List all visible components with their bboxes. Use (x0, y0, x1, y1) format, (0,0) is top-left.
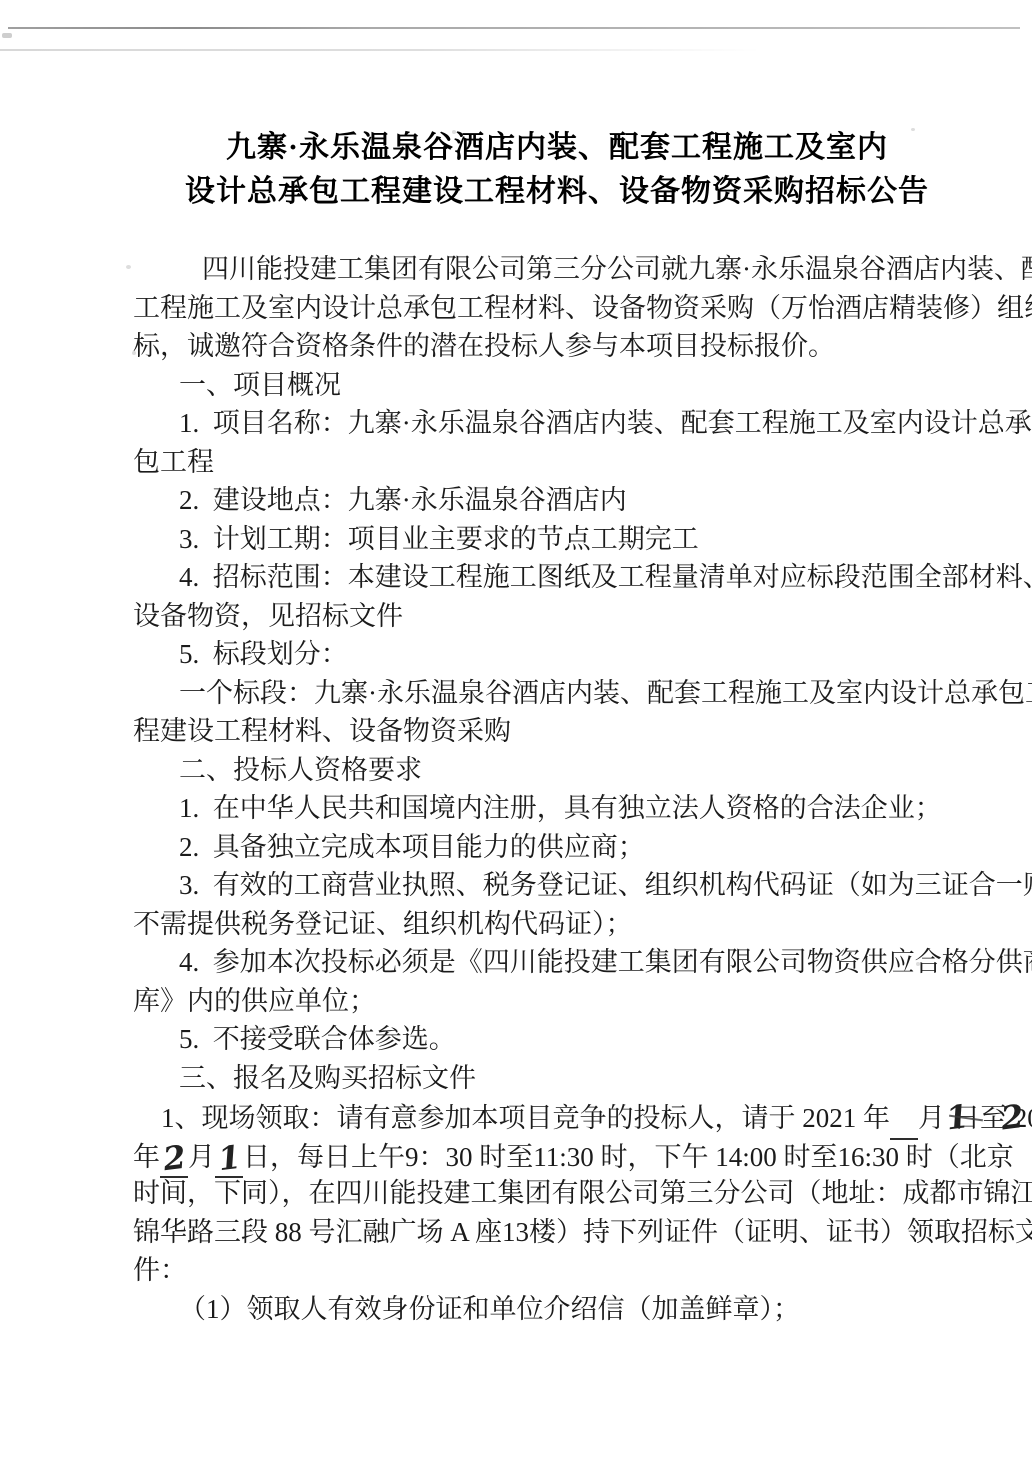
document-line: 4. 招标范围：本建设工程施工图纸及工程量清单对应标段范围全部材料、 (133, 558, 908, 597)
document-line: 工程施工及室内设计总承包工程材料、设备物资采购（万怡酒店精装修）组织招 (133, 289, 908, 328)
scan-top-edge-line-2 (0, 49, 760, 51)
text-run: 1. 在中华人民共和国境内注册，具有独立法人资格的合法企业； (179, 793, 942, 823)
handwritten-digit-slot: 2 (945, 1097, 965, 1138)
document-line: 2. 建设地点：九寨·永乐温泉谷酒店内 (133, 481, 908, 520)
document-line: 四川能投建工集团有限公司第三分公司就九寨·永乐温泉谷酒店内装、配套 (133, 250, 908, 289)
handwritten-digit-slot: 2 (160, 1136, 188, 1179)
document-line: 1. 项目名称：九寨·永乐温泉谷酒店内装、配套工程施工及室内设计总承 (133, 404, 908, 443)
text-run: 1. 项目名称：九寨·永乐温泉谷酒店内装、配套工程施工及室内设计总承 (179, 408, 1032, 438)
text-run: 二、投标人资格要求 (179, 755, 422, 785)
document-line: 5. 不接受联合体参选。 (133, 1020, 908, 1059)
document-line: 年2月1日，每日上午9：30 时至11:30 时，下午 14:00 时至16:3… (133, 1136, 908, 1175)
text-run: 月 (188, 1142, 215, 1172)
document-body: 四川能投建工集团有限公司第三分公司就九寨·永乐温泉谷酒店内装、配套工程施工及室内… (133, 250, 908, 1328)
title-line-1: 九寨·永乐温泉谷酒店内装、配套工程施工及室内 (173, 126, 941, 170)
text-run: 3. 计划工期：项目业主要求的节点工期完工 (179, 524, 699, 554)
document-line: 锦华路三段 88 号汇融广场 A 座13楼）持下列证件（证明、证书）领取招标文 (133, 1213, 908, 1252)
document-line: 件： (133, 1251, 908, 1290)
document-line: 4. 参加本次投标必须是《四川能投建工集团有限公司物资供应合格分供商 (133, 943, 908, 982)
text-run: 设备物资，见招标文件 (133, 601, 403, 631)
scanned-document-page: 九寨·永乐温泉谷酒店内装、配套工程施工及室内 设计总承包工程建设工程材料、设备物… (0, 0, 1032, 1458)
text-run: 3. 有效的工商营业执照、税务登记证、组织机构代码证（如为三证合一则 (179, 870, 1032, 900)
handwritten-digit: 1 (216, 1137, 243, 1178)
text-run: 1、现场领取：请有意参加本项目竞争的投标人，请于 2021 年 (161, 1103, 890, 1133)
text-run: 四川能投建工集团有限公司第三分公司就九寨·永乐温泉谷酒店内装、配套 (202, 254, 1032, 284)
text-run: 件： (133, 1255, 187, 1285)
document-line: （1）领取人有效身份证和单位介绍信（加盖鲜章）； (133, 1290, 908, 1329)
text-run: 一个标段：九寨·永乐温泉谷酒店内装、配套工程施工及室内设计总承包工 (179, 678, 1032, 708)
handwritten-digit: 2 (971, 1097, 1026, 1141)
document-line: 1、现场领取：请有意参加本项目竞争的投标人，请于 2021 年1月2日至 202… (133, 1097, 908, 1136)
document-line: 3. 有效的工商营业执照、税务登记证、组织机构代码证（如为三证合一则 (133, 866, 908, 905)
document-line: 1. 在中华人民共和国境内注册，具有独立法人资格的合法企业； (133, 789, 908, 828)
document-line: 包工程 (133, 443, 908, 482)
scan-top-edge-line (8, 27, 1020, 29)
text-run: 一、项目概况 (179, 370, 341, 400)
document-line: 一、项目概况 (133, 366, 908, 405)
text-run: 程建设工程材料、设备物资采购 (133, 716, 511, 746)
text-run: 2. 具备独立完成本项目能力的供应商； (179, 832, 645, 862)
handwritten-digit-slot: 1 (215, 1136, 243, 1179)
document-line: 时间，下同），在四川能投建工集团有限公司第三分公司（地址：成都市锦江区 (133, 1174, 908, 1213)
text-run: 标，诚邀符合资格条件的潜在投标人参与本项目投标报价。 (133, 331, 835, 361)
text-run: 包工程 (133, 447, 214, 477)
text-run: 年 (133, 1142, 160, 1172)
handwritten-digit: 2 (161, 1137, 188, 1178)
document-line: 库》内的供应单位； (133, 982, 908, 1021)
scan-corner-mark (2, 33, 12, 38)
scan-speckle (126, 265, 131, 269)
text-run: 库》内的供应单位； (133, 986, 376, 1016)
text-run: 工程施工及室内设计总承包工程材料、设备物资采购（万怡酒店精装修）组织招 (133, 293, 1032, 323)
document-line: 2. 具备独立完成本项目能力的供应商； (133, 828, 908, 867)
text-run: 2. 建设地点：九寨·永乐温泉谷酒店内 (179, 485, 627, 515)
document-line: 一个标段：九寨·永乐温泉谷酒店内装、配套工程施工及室内设计总承包工 (133, 674, 908, 713)
text-run: 5. 标段划分： (179, 639, 348, 669)
handwritten-digit-slot: 1 (890, 1097, 918, 1140)
document-line: 标，诚邀符合资格条件的潜在投标人参与本项目投标报价。 (133, 327, 908, 366)
document-line: 不需提供税务登记证、组织机构代码证）； (133, 905, 908, 944)
title-line-2: 设计总承包工程建设工程材料、设备物资采购招标公告 (173, 170, 941, 214)
text-run: 不需提供税务登记证、组织机构代码证）； (133, 909, 633, 939)
text-run: 锦华路三段 88 号汇融广场 A 座13楼）持下列证件（证明、证书）领取招标文 (133, 1217, 1032, 1247)
text-run: 日，每日上午9：30 时至11:30 时，下午 14:00 时至16:30 时（… (243, 1142, 1014, 1172)
document-line: 3. 计划工期：项目业主要求的节点工期完工 (133, 520, 908, 559)
document-title: 九寨·永乐温泉谷酒店内装、配套工程施工及室内 设计总承包工程建设工程材料、设备物… (173, 126, 941, 214)
text-run: （1）领取人有效身份证和单位介绍信（加盖鲜章）； (179, 1294, 800, 1324)
document-line: 二、投标人资格要求 (133, 751, 908, 790)
document-line: 程建设工程材料、设备物资采购 (133, 712, 908, 751)
text-run: 时间，下同），在四川能投建工集团有限公司第三分公司（地址：成都市锦江区 (133, 1178, 1032, 1208)
text-run: 5. 不接受联合体参选。 (179, 1024, 456, 1054)
document-line: 三、报名及购买招标文件 (133, 1059, 908, 1098)
document-line: 5. 标段划分： (133, 635, 908, 674)
document-line: 设备物资，见招标文件 (133, 597, 908, 636)
text-run: 4. 参加本次投标必须是《四川能投建工集团有限公司物资供应合格分供商 (179, 947, 1032, 977)
text-run: 4. 招标范围：本建设工程施工图纸及工程量清单对应标段范围全部材料、 (179, 562, 1032, 592)
text-run: 三、报名及购买招标文件 (179, 1063, 476, 1093)
